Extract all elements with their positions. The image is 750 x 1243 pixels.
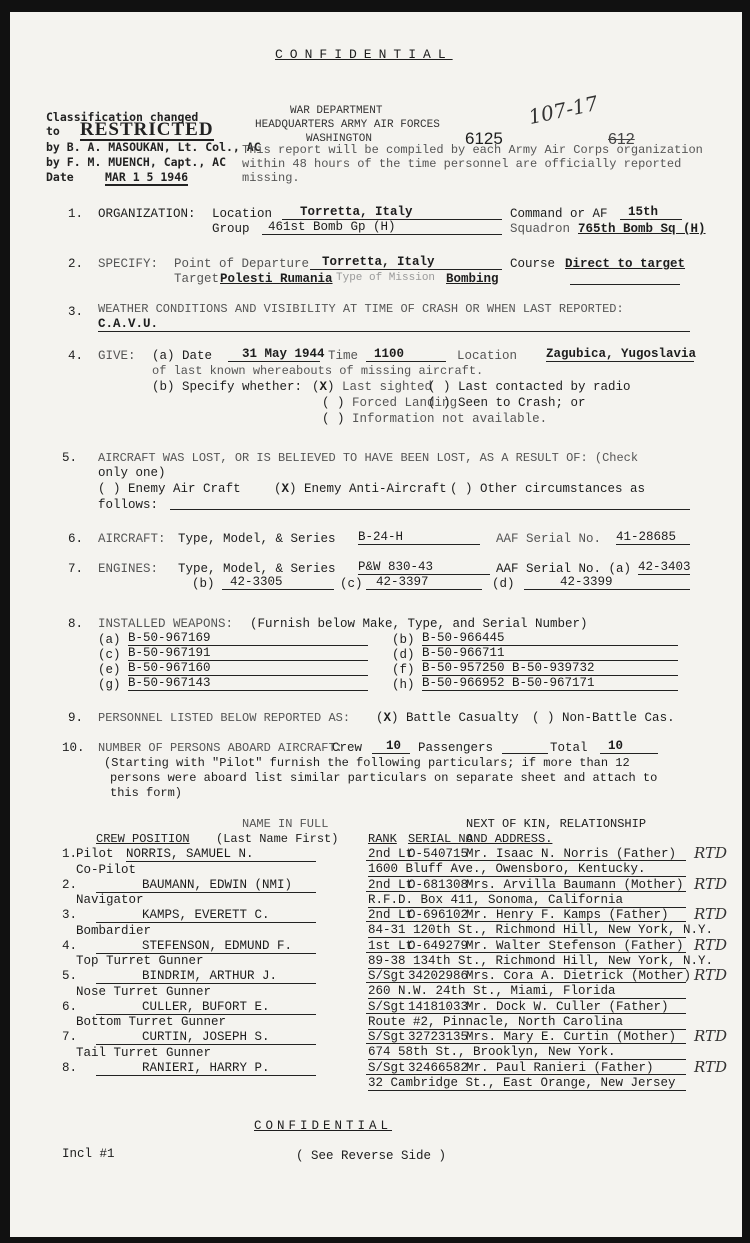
s7-c-label: (c) [340,578,363,591]
s5-option-other[interactable]: ( ) Other circumstances as [450,483,645,496]
crew-address: 32 Cambridge St., East Orange, New Jerse… [368,1077,686,1091]
crew-rank: 2nd Lt [368,909,413,922]
s10-note3: this form) [110,787,182,799]
crew-name: STEFENSON, EDMUND F. [96,940,316,954]
header-position: CREW POSITION [96,833,190,845]
s4-location-label: Location [457,350,517,363]
s1-group-field: 461st Bomb Gp (H) [262,221,502,235]
s1-location-label: Location [212,208,272,221]
s7-a-field: 42-3403 [638,561,690,575]
crew-serial: 32723135 [408,1031,468,1044]
s7-serial-label: AAF Serial No. (a) [496,563,631,576]
crew-row-line [366,860,686,861]
crew-serial: 14181033 [408,1001,468,1014]
crew-name: KAMPS, EVERETT C. [96,909,316,923]
classification-date-label: Date [46,172,74,184]
crew-handwritten-note: RTD [694,938,727,953]
crew-num: 6. [62,1001,77,1014]
intro-line3: missing. [242,172,300,184]
s4-location-field: Zagubica, Yugoslavia [546,348,694,362]
crew-name: BAUMANN, EDWIN (NMI) [96,879,316,893]
s2-num: 2. [68,258,83,271]
weapon-key: (c) [98,649,121,662]
s1-squadron-field: 765th Bomb Sq (H) [578,223,706,236]
weapon-serial: B-50-967143 [128,677,368,691]
crew-kin: Mr. Henry F. Kamps (Father) [466,909,669,922]
crew-name: BINDRIM, ARTHUR J. [96,970,316,984]
crew-address: 84-31 120th St., Richmond Hill, New York… [368,924,686,938]
crew-kin: Mr. Dock W. Culler (Father) [466,1001,669,1014]
s9-num: 9. [68,712,83,725]
s9-option-battle[interactable]: (X) Battle Casualty [376,712,519,725]
crew-name: NORRIS, SAMUEL N. [126,848,316,862]
crew-row-line [366,1013,686,1014]
s4-label: GIVE: [98,350,136,363]
s5-option-anti-aircraft[interactable]: (X) Enemy Anti-Aircraft [274,483,447,496]
s2-target-label: Target [174,273,219,286]
crew-kin: Mrs. Arvilla Baumann (Mother) [466,879,684,892]
s10-total-label: Total [550,742,588,755]
crew-num: 2. [62,879,77,892]
s7-d-label: (d) [492,578,515,591]
weapon-key: (d) [392,649,415,662]
s6-num: 6. [68,533,83,546]
crew-position: Pilot [76,848,114,861]
header-rank: RANK [368,833,397,845]
crew-handwritten-note: RTD [694,846,727,861]
crew-num: 7. [62,1031,77,1044]
s6-type-field: B-24-H [358,531,480,545]
crew-address: 1600 Bluff Ave., Owensboro, Kentucky. [368,863,686,877]
s6-serial-field: 41-28685 [616,531,690,545]
document-page: CONFIDENTIAL WAR DEPARTMENT HEADQUARTERS… [10,12,742,1237]
s1-num: 1. [68,208,83,221]
s3-num: 3. [68,306,83,319]
s5-follows-field[interactable] [170,509,690,510]
s4-date-field: 31 May 1944 [228,348,320,362]
s5-label2: only one) [98,467,166,480]
s2-departure-field: Torretta, Italy [310,256,502,270]
confidential-header: CONFIDENTIAL [275,48,453,61]
s6-serial-label: AAF Serial No. [496,533,601,546]
weapon-key: (b) [392,634,415,647]
s10-total-field: 10 [600,740,658,754]
weapon-serial: B-50-967160 [128,662,368,676]
crew-serial: O-649279 [408,940,468,953]
s4-specify-label: (b) Specify whether: [152,381,302,394]
crew-position: Nose Turret Gunner [76,986,211,999]
crew-rank: S/Sgt [368,1031,406,1044]
weapon-serial: B-50-966711 [422,647,678,661]
s9-label: PERSONNEL LISTED BELOW REPORTED AS: [98,712,350,724]
s1-group-label: Group [212,223,250,236]
crew-name: CULLER, BUFORT E. [96,1001,316,1015]
s2-mission-field: Bombing [446,273,499,286]
crew-kin: Mrs. Cora A. Dietrick (Mother) [466,970,691,983]
s7-num: 7. [68,563,83,576]
crew-row-line [366,921,686,922]
s1-squadron-label: Squadron [510,223,570,236]
crew-rank: 2nd Lt [368,879,413,892]
weapon-key: (e) [98,664,121,677]
weapon-serial: B-50-966952 B-50-967171 [422,677,678,691]
classification-to-value: RESTRICTED [80,120,214,141]
footer-confidential: CONFIDENTIAL [254,1120,392,1133]
weapon-serial: B-50-957250 B-50-939732 [422,662,678,676]
crew-num: 5. [62,970,77,983]
s3-label: WEATHER CONDITIONS AND VISIBILITY AT TIM… [98,303,624,315]
s1-command-label: Command or AF [510,208,608,221]
intro-line2: within 48 hours of the time personnel ar… [242,158,681,170]
s3-value: C.A.V.U. [98,318,158,331]
s6-type-label: Type, Model, & Series [178,533,336,546]
crew-serial: 32466582 [408,1062,468,1075]
s10-passengers-label: Passengers [418,742,493,755]
header-name: (Last Name First) [216,833,338,845]
s2-departure-label: Point of Departure [174,258,309,271]
s8-note: (Furnish below Make, Type, and Serial Nu… [250,618,588,631]
crew-position: Top Turret Gunner [76,955,204,968]
crew-rank: S/Sgt [368,1001,406,1014]
crew-kin: Mr. Isaac N. Norris (Father) [466,848,676,861]
header-serial: SERIAL NO [408,833,473,845]
s1-command-field: 15th [620,206,682,220]
crew-num: 1. [62,848,77,861]
weapon-serial: B-50-967191 [128,647,368,661]
s1-location-field: Torretta, Italy [282,206,502,220]
hq-heading: HEADQUARTERS ARMY AIR FORCES [255,120,440,131]
crew-serial: O-681308 [408,879,468,892]
crew-serial: O-696102 [408,909,468,922]
s10-num: 10. [62,742,85,755]
crew-row-line [366,982,686,983]
crew-address: 260 N.W. 24th St., Miami, Florida [368,985,686,999]
handwritten-number: 107-17 [527,93,600,127]
s4-option-last-sighted[interactable]: (X) Last sighted [312,381,432,394]
crew-handwritten-note: RTD [694,1029,727,1044]
crew-serial: 34202986 [408,970,468,983]
s5-label: AIRCRAFT WAS LOST, OR IS BELIEVED TO HAV… [98,452,638,464]
crew-address: 89-38 134th St., Richmond Hill, New York… [368,955,686,969]
crew-position: Bottom Turret Gunner [76,1016,226,1029]
s4-option-mark: X [320,380,328,394]
classification-to-label: to [46,126,60,138]
classification-by2: by F. M. MUENCH, Capt., AC [46,157,226,169]
crew-row-line [366,891,686,892]
header-kin: AND ADDRESS. [466,833,552,845]
s2-mission-label: Type of Mission [336,273,435,284]
s4-option-radio[interactable]: ( ) Last contacted by radio [428,381,631,394]
crew-row-line [366,1074,686,1075]
s3-line [98,331,690,332]
s5-follows-label: follows: [98,499,158,512]
s4-time-label: Time [328,350,358,363]
s10-crew-label: Crew [332,742,362,755]
crew-name: CURTIN, JOSEPH S. [96,1031,316,1045]
crew-position: Bombardier [76,925,151,938]
crew-handwritten-note: RTD [694,968,727,983]
s10-label: NUMBER OF PERSONS ABOARD AIRCRAFT: [98,742,343,754]
intro-line1: This report will be compiled by each Arm… [242,144,703,156]
s7-type-field: P&W 830-43 [358,561,490,575]
crew-kin: Mr. Paul Ranieri (Father) [466,1062,654,1075]
crew-rank: S/Sgt [368,970,406,983]
crew-rank: 2nd Lt [368,848,413,861]
s7-c-field: 42-3397 [366,576,482,590]
s7-type-label: Type, Model, & Series [178,563,336,576]
s4-option-seen-crash[interactable]: ( ) Seen to Crash; or [428,397,586,410]
crew-handwritten-note: RTD [694,877,727,892]
s4-option-not-available[interactable]: ( ) Information not available. [322,413,547,426]
crew-handwritten-note: RTD [694,1060,727,1075]
s2-target-field: Polesti Rumania [220,273,333,286]
s5-option-enemy-aircraft[interactable]: ( ) Enemy Air Craft [98,483,241,496]
crew-address: Route #2, Pinnacle, North Carolina [368,1016,686,1030]
crew-num: 8. [62,1062,77,1075]
s4-note: of last known whereabouts of missing air… [152,365,483,377]
weapon-key: (f) [392,664,415,677]
s10-passengers-field [502,740,548,754]
s4-num: 4. [68,350,83,363]
dept-heading: WAR DEPARTMENT [290,106,382,117]
s7-d-field: 42-3399 [524,576,690,590]
s5-num: 5. [62,452,77,465]
weapon-key: (h) [392,679,415,692]
crew-rank: S/Sgt [368,1062,406,1075]
header-name-top: NAME IN FULL [242,818,328,830]
s6-label: AIRCRAFT: [98,533,166,546]
s1-label: ORGANIZATION: [98,208,196,221]
crew-position: Co-Pilot [76,864,136,877]
crew-serial: O-540715 [408,848,468,861]
crew-row-line [366,952,686,953]
s8-num: 8. [68,618,83,631]
s7-b-field: 42-3305 [222,576,334,590]
header-kin-top: NEXT OF KIN, RELATIONSHIP [466,818,646,830]
weapon-key: (a) [98,634,121,647]
weapon-serial: B-50-966445 [422,632,678,646]
s10-note2: persons were aboard list similar particu… [110,772,657,784]
s2-label: SPECIFY: [98,258,158,271]
s7-b-label: (b) [192,578,215,591]
footer-reverse: ( See Reverse Side ) [296,1150,446,1163]
s10-note1: (Starting with "Pilot" furnish the follo… [104,757,630,769]
crew-num: 4. [62,940,77,953]
crew-address: 674 58th St., Brooklyn, New York. [368,1046,686,1060]
classification-date-value: MAR 1 5 1946 [105,172,188,186]
footer-incl: Incl #1 [62,1148,115,1161]
s10-crew-field: 10 [372,740,410,754]
weapon-key: (g) [98,679,121,692]
s2-course-field: Direct to target [565,258,685,271]
crew-position: Navigator [76,894,144,907]
crew-kin: Mrs. Mary E. Curtin (Mother) [466,1031,676,1044]
crew-name: RANIERI, HARRY P. [96,1062,316,1076]
crew-handwritten-note: RTD [694,907,727,922]
s4-time-field: 1100 [366,348,446,362]
s2-course-label: Course [510,258,555,271]
crew-num: 3. [62,909,77,922]
crew-row-line [366,1043,686,1044]
crew-rank: 1st Lt [368,940,413,953]
s7-label: ENGINES: [98,563,158,576]
s9-option-nonbattle[interactable]: ( ) Non-Battle Cas. [532,712,675,725]
classification-by1: by B. A. MASOUKAN, Lt. Col., AC [46,142,261,154]
s2-course-extra-line [570,284,680,285]
s8-label: INSTALLED WEAPONS: [98,618,233,631]
crew-address: R.F.D. Box 411, Sonoma, California [368,894,686,908]
crew-kin: Mr. Walter Stefenson (Father) [466,940,684,953]
s4-date-label: (a) Date [152,350,212,363]
weapon-serial: B-50-967169 [128,632,368,646]
crew-position: Tail Turret Gunner [76,1047,211,1060]
